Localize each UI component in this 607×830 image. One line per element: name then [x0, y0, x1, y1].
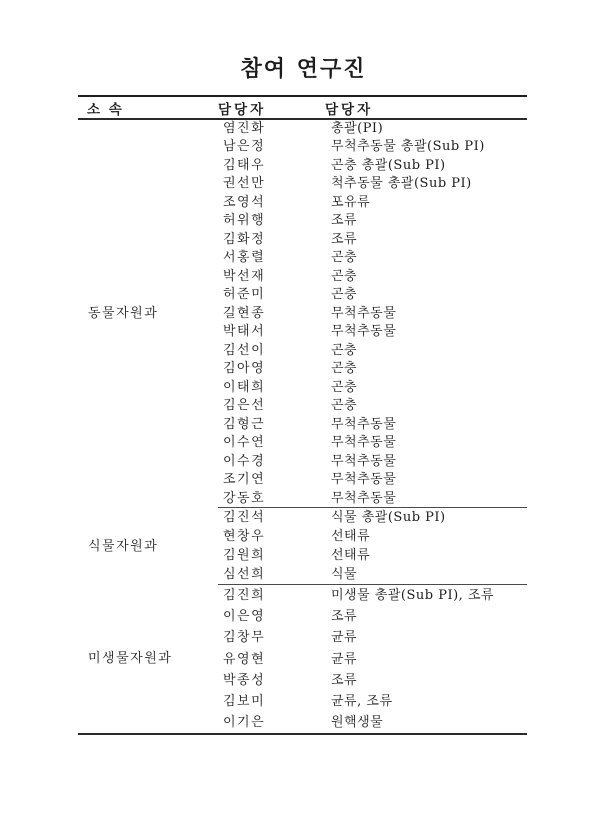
person-cell: 김보미 [218, 691, 325, 712]
table-body: 동물자원과염진화총괄(PI)남은정무척추동물 총괄(Sub PI)김태우곤충 총… [78, 119, 527, 734]
person-cell: 현창우 [218, 527, 325, 546]
person-cell: 김태우 [218, 156, 325, 175]
document-page: { "page": { "title": "참여 연구진" }, "colors… [0, 0, 607, 830]
person-cell: 박선재 [218, 267, 325, 286]
person-cell: 김진희 [218, 585, 325, 606]
role-cell: 선태류 [325, 527, 527, 546]
role-cell: 무척추동물 총괄(Sub PI) [325, 138, 527, 157]
role-cell: 무척추동물 [325, 489, 527, 508]
role-cell: 식물 총괄(Sub PI) [325, 508, 527, 527]
person-cell: 김은선 [218, 397, 325, 416]
role-cell: 균류 [325, 627, 527, 648]
role-cell: 원핵생물 [325, 712, 527, 733]
person-cell: 허준미 [218, 286, 325, 305]
role-cell: 곤충 총괄(Sub PI) [325, 156, 527, 175]
role-cell: 식물 [325, 565, 527, 584]
person-cell: 조영석 [218, 193, 325, 212]
role-cell: 곤충 [325, 267, 527, 286]
person-cell: 김진석 [218, 508, 325, 527]
role-cell: 무척추동물 [325, 415, 527, 434]
role-cell: 조류 [325, 606, 527, 627]
research-team-table: 소 속 담당자 담당자 동물자원과염진화총괄(PI)남은정무척추동물 총괄(Su… [78, 95, 527, 735]
role-cell: 곤충 [325, 378, 527, 397]
role-cell: 곤충 [325, 397, 527, 416]
role-cell: 미생물 총괄(Sub PI), 조류 [325, 585, 527, 606]
person-cell: 이기은 [218, 712, 325, 733]
header-affiliation: 소 속 [78, 96, 218, 119]
role-cell: 무척추동물 [325, 434, 527, 453]
role-cell: 균류, 조류 [325, 691, 527, 712]
role-cell: 곤충 [325, 286, 527, 305]
person-cell: 김화정 [218, 230, 325, 249]
role-cell: 무척추동물 [325, 323, 527, 342]
header-person: 담당자 [218, 96, 325, 119]
person-cell: 김형근 [218, 415, 325, 434]
person-cell: 김아영 [218, 360, 325, 379]
person-cell: 조기연 [218, 471, 325, 490]
person-cell: 박종성 [218, 670, 325, 691]
role-cell: 곤충 [325, 360, 527, 379]
table-row: 식물자원과김진석식물 총괄(Sub PI) [78, 508, 527, 527]
person-cell: 유영현 [218, 649, 325, 670]
person-cell: 이태희 [218, 378, 325, 397]
page-title: 참여 연구진 [0, 52, 607, 83]
person-cell: 김원희 [218, 546, 325, 565]
role-cell: 포유류 [325, 193, 527, 212]
role-cell: 곤충 [325, 249, 527, 268]
person-cell: 김선이 [218, 341, 325, 360]
person-cell: 심선희 [218, 565, 325, 584]
person-cell: 허위행 [218, 212, 325, 231]
role-cell: 무척추동물 [325, 471, 527, 490]
group-cell: 식물자원과 [78, 508, 218, 585]
role-cell: 척추동물 총괄(Sub PI) [325, 175, 527, 194]
person-cell: 이은영 [218, 606, 325, 627]
role-cell: 조류 [325, 212, 527, 231]
header-row: 소 속 담당자 담당자 [78, 96, 527, 119]
role-cell: 무척추동물 [325, 452, 527, 471]
role-cell: 조류 [325, 230, 527, 249]
person-cell: 박태서 [218, 323, 325, 342]
group-cell: 동물자원과 [78, 119, 218, 508]
header-role: 담당자 [325, 96, 527, 119]
table-header: 소 속 담당자 담당자 [78, 96, 527, 119]
person-cell: 이수경 [218, 452, 325, 471]
role-cell: 선태류 [325, 546, 527, 565]
person-cell: 김창무 [218, 627, 325, 648]
person-cell: 강동호 [218, 489, 325, 508]
person-cell: 권선만 [218, 175, 325, 194]
role-cell: 균류 [325, 649, 527, 670]
person-cell: 이수연 [218, 434, 325, 453]
group-cell: 미생물자원과 [78, 585, 218, 734]
role-cell: 조류 [325, 670, 527, 691]
table-row: 동물자원과염진화총괄(PI) [78, 119, 527, 138]
table-row: 미생물자원과김진희미생물 총괄(Sub PI), 조류 [78, 585, 527, 606]
role-cell: 총괄(PI) [325, 119, 527, 138]
person-cell: 남은정 [218, 138, 325, 157]
person-cell: 염진화 [218, 119, 325, 138]
person-cell: 길현종 [218, 304, 325, 323]
role-cell: 무척추동물 [325, 304, 527, 323]
person-cell: 서홍렬 [218, 249, 325, 268]
role-cell: 곤충 [325, 341, 527, 360]
